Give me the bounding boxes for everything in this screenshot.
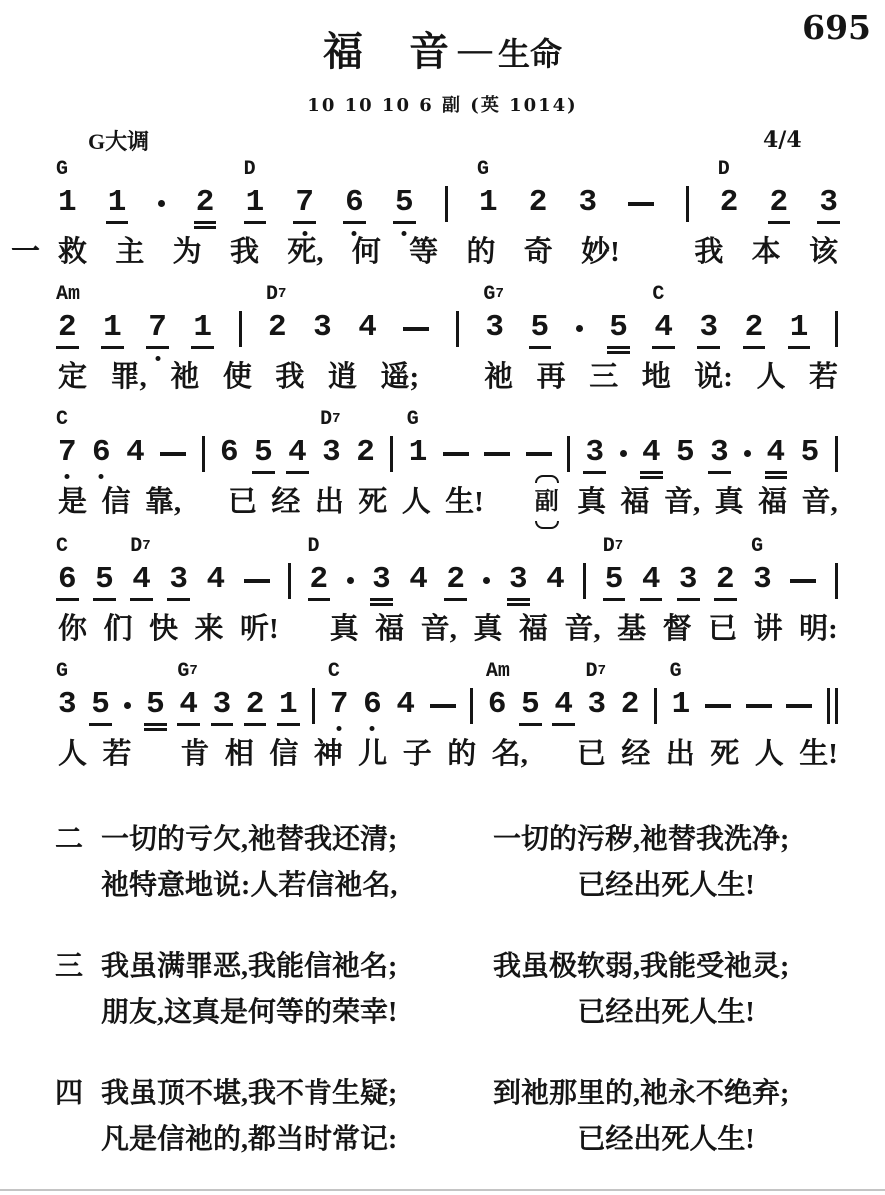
chord-label: G — [56, 661, 68, 683]
lyric-cell: 神 — [314, 737, 343, 771]
note-token: G73 — [485, 284, 504, 345]
note-token: 2 — [196, 159, 215, 220]
music-system: C65D7434D234234D75432G3你们快来听!真福音,真福音,基督已… — [58, 536, 838, 646]
note-token: 3 — [372, 536, 391, 597]
verse-line: 祂特意地说:人若信祂名, — [101, 863, 493, 909]
barline — [312, 661, 315, 724]
lyric-cell: 福 — [621, 485, 650, 519]
time-signature: 4/4 — [763, 127, 802, 153]
note-token: C7 — [58, 409, 77, 470]
lyric-cell: 是 — [58, 485, 87, 519]
note-line: Am2171D7234G7355C4321 — [58, 284, 838, 347]
lyric-cell: 何 — [352, 235, 381, 269]
lyric-cell: 出 — [666, 737, 695, 771]
note-token: 7 — [295, 159, 314, 220]
note-token: D73 — [588, 661, 607, 722]
lyric-cell: 真 — [577, 485, 606, 519]
note-token: G1 — [58, 159, 77, 220]
lyric-cell: 已 — [577, 737, 606, 771]
lyric-cell: 名, — [492, 737, 528, 771]
lyric-line: 定罪,祂使我逍遥;祂再三地说:人若 — [58, 360, 838, 394]
lyric-line: 人若肯相信神儿子的名,已经出死人生! — [58, 737, 838, 771]
chord-label: D — [244, 159, 256, 181]
song-title-main: 福 音 — [323, 29, 452, 74]
note-token: 4 — [642, 536, 661, 597]
note-token: G74 — [179, 661, 198, 722]
note-token: 2 — [529, 159, 548, 220]
note-token: 3 — [710, 409, 729, 470]
note-token: 5 — [801, 409, 820, 470]
lyric-cell: 我 — [230, 235, 259, 269]
lyric-cell: 人 — [402, 485, 431, 519]
augmentation-dot — [158, 159, 165, 207]
lyric-cell: 罪, — [111, 360, 147, 394]
lyric-cell: 若 — [809, 360, 838, 394]
lyric-cell: 该 — [809, 235, 838, 269]
lyric-cell: 的 — [466, 235, 495, 269]
note-token: 5 — [95, 536, 114, 597]
chord-label: G — [670, 661, 682, 683]
song-title-sub: 生命 — [498, 36, 562, 72]
note-token: D2 — [310, 536, 329, 597]
note-token: 2 — [745, 284, 764, 345]
lyric-cell: 明: — [799, 612, 838, 646]
note-token: 4 — [396, 661, 415, 722]
lyric-cell: 音, — [564, 612, 600, 646]
note-token: Am6 — [488, 661, 507, 722]
note-token: D72 — [268, 284, 287, 345]
augmentation-dot — [620, 409, 627, 457]
meter-line: 10 10 10 6 副 (英 1014) — [0, 91, 885, 117]
note-token: 4 — [642, 409, 661, 470]
lyric-cell: 音, — [802, 485, 838, 519]
lyric-cell: 相 — [225, 737, 254, 771]
music-system: G355G74321C764Am654D732G1人若肯相信神儿子的名,已经出死… — [58, 661, 838, 771]
lyric-cell: 逍 — [328, 360, 357, 394]
note-token: 5 — [91, 661, 110, 722]
lyric-cell: 本 — [752, 235, 781, 269]
note-token: D75 — [605, 536, 624, 597]
lyric-cell: 死, — [287, 235, 323, 269]
note-token: 5 — [676, 409, 695, 470]
lyric-cell: 若 — [102, 737, 131, 771]
lyric-line: 你们快来听!真福音,真福音,基督已讲明: — [58, 612, 838, 646]
note-token: 3 — [679, 536, 698, 597]
lyric-cell: 督 — [663, 612, 692, 646]
chord-label: G — [56, 159, 68, 181]
augmentation-dot — [124, 661, 131, 709]
chord-label: G7 — [177, 661, 197, 684]
chord-label: D — [718, 159, 730, 181]
lyric-cell: 快 — [149, 612, 178, 646]
page-number: 695 — [802, 8, 871, 47]
chord-label: C — [652, 284, 664, 306]
barline — [654, 661, 657, 724]
sustain-dash — [160, 409, 186, 456]
chord-label: G — [407, 409, 419, 431]
lyric-cell: 出 — [315, 485, 344, 519]
chord-label: D7 — [320, 409, 340, 432]
lyric-cell: 人 — [756, 360, 785, 394]
key-signature: G大调 — [88, 125, 149, 156]
barline — [567, 409, 570, 472]
note-token: D74 — [132, 536, 151, 597]
verses: 二一切的亏欠,祂替我还清;祂特意地说:人若信祂名,一切的污秽,祂替我洗净;已经出… — [55, 817, 839, 1163]
lyric-cell: 等 — [409, 235, 438, 269]
refrain-mark: 副 — [535, 485, 559, 519]
lyric-cell: 死 — [358, 485, 387, 519]
lyric-line: 是信靠,已经出死人生!副真福音,真福音, — [58, 485, 838, 521]
lyric-cell: 音, — [421, 612, 457, 646]
lyric-cell: 儿 — [358, 737, 387, 771]
title-dash: — — [458, 31, 492, 68]
lyric-cell: 主 — [115, 235, 144, 269]
notation: G112D1765G123D223一救主为我死,何等的奇妙!我本该Am2171D… — [58, 159, 838, 771]
sustain-dash — [526, 409, 552, 456]
lyric-cell: 祂 — [170, 360, 199, 394]
sustain-dash — [430, 661, 456, 708]
note-token: 4 — [126, 409, 145, 470]
chord-label: D7 — [586, 661, 606, 684]
note-token: 1 — [108, 159, 127, 220]
note-token: 3 — [169, 536, 188, 597]
note-token: 4 — [767, 409, 786, 470]
chord-label: C — [328, 661, 340, 683]
verse-number: 二 — [55, 817, 101, 909]
lyric-cell: 再 — [537, 360, 566, 394]
lyric-cell: 来 — [195, 612, 224, 646]
sustain-dash — [403, 284, 429, 331]
note-token: 4 — [358, 284, 377, 345]
chord-label: D7 — [266, 284, 286, 307]
lyric-cell: 肯 — [180, 737, 209, 771]
lyric-cell: 子 — [403, 737, 432, 771]
note-line: C65D7434D234234D75432G3 — [58, 536, 838, 599]
lyric-cell: 信 — [101, 485, 130, 519]
lyric-cell: 真 — [715, 485, 744, 519]
verse-number: 三 — [55, 944, 101, 1036]
note-token: 2 — [770, 159, 789, 220]
chord-label: G — [751, 536, 763, 558]
key-row: G大调 4/4 — [0, 125, 885, 155]
note-token: 1 — [279, 661, 298, 722]
chord-label: Am — [486, 661, 510, 683]
lyric-cell: 福 — [758, 485, 787, 519]
lyric-cell: 我 — [275, 360, 304, 394]
verse-line: 已经出死人生! — [493, 990, 839, 1036]
verse-number: 一 — [11, 235, 40, 269]
sustain-dash — [628, 159, 654, 206]
lyric-cell: 说: — [694, 360, 733, 394]
lyric-cell: 救 — [58, 235, 87, 269]
barline — [835, 409, 838, 472]
lyric-cell: 死 — [710, 737, 739, 771]
chord-label: C — [56, 409, 68, 431]
verse-line: 朋友,这真是何等的荣幸! — [101, 990, 493, 1036]
note-token: 4 — [288, 409, 307, 470]
note-line: G355G74321C764Am654D732G1 — [58, 661, 838, 724]
music-system: G112D1765G123D223一救主为我死,何等的奇妙!我本该 — [58, 159, 838, 269]
chord-label: Am — [56, 284, 80, 306]
note-token: 5 — [609, 284, 628, 345]
chord-label: D7 — [603, 536, 623, 559]
barline — [288, 536, 291, 599]
lyric-cell: 地 — [642, 360, 671, 394]
note-token: 7 — [148, 284, 167, 345]
lyric-cell: 你 — [58, 612, 87, 646]
note-token: 1 — [790, 284, 809, 345]
lyric-cell: 讲 — [754, 612, 783, 646]
lyric-cell: 音, — [664, 485, 700, 519]
chord-label: G — [477, 159, 489, 181]
barline — [390, 409, 393, 472]
note-token: 3 — [579, 159, 598, 220]
note-token: 3 — [313, 284, 332, 345]
lyric-cell: 祂 — [484, 360, 513, 394]
note-token: 3 — [509, 536, 528, 597]
verse-left-column: 我虽满罪恶,我能信祂名;朋友,这真是何等的荣幸! — [101, 944, 493, 1036]
verse-line: 已经出死人生! — [493, 1117, 839, 1163]
note-token: G1 — [409, 409, 428, 470]
lyric-cell: 福 — [375, 612, 404, 646]
lyric-cell: 信 — [269, 737, 298, 771]
lyric-cell: 使 — [223, 360, 252, 394]
note-token: 3 — [699, 284, 718, 345]
verse-line: 一切的污秽,祂替我洗净; — [493, 817, 839, 863]
barline — [686, 159, 689, 222]
barline — [456, 284, 459, 347]
note-token: 4 — [546, 536, 565, 597]
note-token: 3 — [819, 159, 838, 220]
lyric-cell: 经 — [271, 485, 300, 519]
lyric-cell: 为 — [173, 235, 202, 269]
barline — [835, 536, 838, 599]
note-token: D1 — [246, 159, 265, 220]
lyric-cell: 遥; — [380, 360, 419, 394]
lyric-cell: 真 — [473, 612, 502, 646]
hymn-sheet-page: 695 福 音—生命 10 10 10 6 副 (英 1014) G大调 4/4… — [0, 0, 885, 1195]
augmentation-dot — [347, 536, 354, 584]
chord-label: D7 — [130, 536, 150, 559]
note-token: 2 — [246, 661, 265, 722]
lyric-cell: 经 — [621, 737, 650, 771]
note-token: C4 — [654, 284, 673, 345]
lyric-cell: 生! — [799, 737, 838, 771]
barline — [835, 284, 838, 347]
lyric-cell: 已 — [708, 612, 737, 646]
lyric-cell: 奇 — [524, 235, 553, 269]
note-token: D2 — [720, 159, 739, 220]
note-token: 2 — [356, 409, 375, 470]
note-token: 6 — [220, 409, 239, 470]
lyric-cell: 人 — [58, 737, 87, 771]
note-token: 4 — [409, 536, 428, 597]
sustain-dash — [484, 409, 510, 456]
note-token: 6 — [363, 661, 382, 722]
note-token: 4 — [206, 536, 225, 597]
verse-line: 我虽满罪恶,我能信祂名; — [101, 944, 493, 990]
note-token: C7 — [330, 661, 349, 722]
verse-block: 三我虽满罪恶,我能信祂名;朋友,这真是何等的荣幸!我虽极软弱,我能受祂灵;已经出… — [55, 944, 839, 1036]
note-token: D73 — [322, 409, 341, 470]
note-token: G1 — [479, 159, 498, 220]
note-token: 5 — [521, 661, 540, 722]
lyric-cell: 三 — [589, 360, 618, 394]
lyric-cell: 福 — [519, 612, 548, 646]
barline — [470, 661, 473, 724]
note-token: G3 — [753, 536, 772, 597]
verse-block: 四我虽顶不堪,我不肯生疑;凡是信祂的,都当时常记:到祂那里的,祂永不绝弃;已经出… — [55, 1071, 839, 1163]
note-token: 3 — [213, 661, 232, 722]
verse-left-column: 我虽顶不堪,我不肯生疑;凡是信祂的,都当时常记: — [101, 1071, 493, 1163]
note-token: 1 — [103, 284, 122, 345]
note-token: 6 — [92, 409, 111, 470]
lyric-cell: 生! — [445, 485, 484, 519]
note-token: C6 — [58, 536, 77, 597]
sustain-dash — [244, 536, 270, 583]
sustain-dash — [705, 661, 731, 708]
lyric-line: 一救主为我死,何等的奇妙!我本该 — [58, 235, 838, 269]
augmentation-dot — [576, 284, 583, 332]
note-token: 5 — [531, 284, 550, 345]
verse-line: 已经出死人生! — [493, 863, 839, 909]
music-system: Am2171D7234G7355C4321定罪,祂使我逍遥;祂再三地说:人若 — [58, 284, 838, 394]
note-token: 1 — [193, 284, 212, 345]
music-system: C764654D732G1345345是信靠,已经出死人生!副真福音,真福音, — [58, 409, 838, 521]
augmentation-dot — [483, 536, 490, 584]
verse-right-column: 我虽极软弱,我能受祂灵;已经出死人生! — [493, 944, 839, 1036]
barline — [239, 284, 242, 347]
lyric-cell: 基 — [617, 612, 646, 646]
note-token: 4 — [554, 661, 573, 722]
lyric-cell: 已 — [228, 485, 257, 519]
verse-line: 一切的亏欠,祂替我还清; — [101, 817, 493, 863]
barline — [445, 159, 448, 222]
verse-line: 我虽顶不堪,我不肯生疑; — [101, 1071, 493, 1117]
lyric-cell: 我 — [694, 235, 723, 269]
note-token: 5 — [254, 409, 273, 470]
barline — [202, 409, 205, 472]
sustain-dash — [790, 536, 816, 583]
verse-left-column: 一切的亏欠,祂替我还清;祂特意地说:人若信祂名, — [101, 817, 493, 909]
note-token: 2 — [621, 661, 640, 722]
song-title: 福 音—生命 — [0, 0, 885, 77]
lyric-cell: 真 — [330, 612, 359, 646]
lyric-cell: 人 — [755, 737, 784, 771]
note-token: 5 — [395, 159, 414, 220]
sustain-dash — [746, 661, 772, 708]
lyric-cell: 靠, — [145, 485, 181, 519]
lyric-cell: 听! — [240, 612, 279, 646]
final-barline — [827, 661, 838, 724]
barline — [583, 536, 586, 599]
lyric-cell: 定 — [58, 360, 87, 394]
augmentation-dot — [744, 409, 751, 457]
note-line: C764654D732G1345345 — [58, 409, 838, 472]
note-token: G1 — [672, 661, 691, 722]
verse-line: 凡是信祂的,都当时常记: — [101, 1117, 493, 1163]
chord-label: G7 — [483, 284, 503, 307]
note-token: 6 — [345, 159, 364, 220]
note-token: Am2 — [58, 284, 77, 345]
note-token: G3 — [58, 661, 77, 722]
verse-line: 到祂那里的,祂永不绝弃; — [493, 1071, 839, 1117]
note-token: 3 — [585, 409, 604, 470]
verse-number: 四 — [55, 1071, 101, 1163]
sustain-dash — [786, 661, 812, 708]
verse-right-column: 到祂那里的,祂永不绝弃;已经出死人生! — [493, 1071, 839, 1163]
note-token: 5 — [146, 661, 165, 722]
lyric-cell: 妙! — [581, 235, 620, 269]
verse-right-column: 一切的污秽,祂替我洗净;已经出死人生! — [493, 817, 839, 909]
verse-block: 二一切的亏欠,祂替我还清;祂特意地说:人若信祂名,一切的污秽,祂替我洗净;已经出… — [55, 817, 839, 909]
note-token: 2 — [716, 536, 735, 597]
lyric-cell: 的 — [447, 737, 476, 771]
note-token: 2 — [446, 536, 465, 597]
lyric-cell: 们 — [104, 612, 133, 646]
chord-label: D — [308, 536, 320, 558]
page-bottom-line — [0, 1189, 885, 1191]
note-line: G112D1765G123D223 — [58, 159, 838, 222]
verse-line: 我虽极软弱,我能受祂灵; — [493, 944, 839, 990]
sustain-dash — [443, 409, 469, 456]
chord-label: C — [56, 536, 68, 558]
